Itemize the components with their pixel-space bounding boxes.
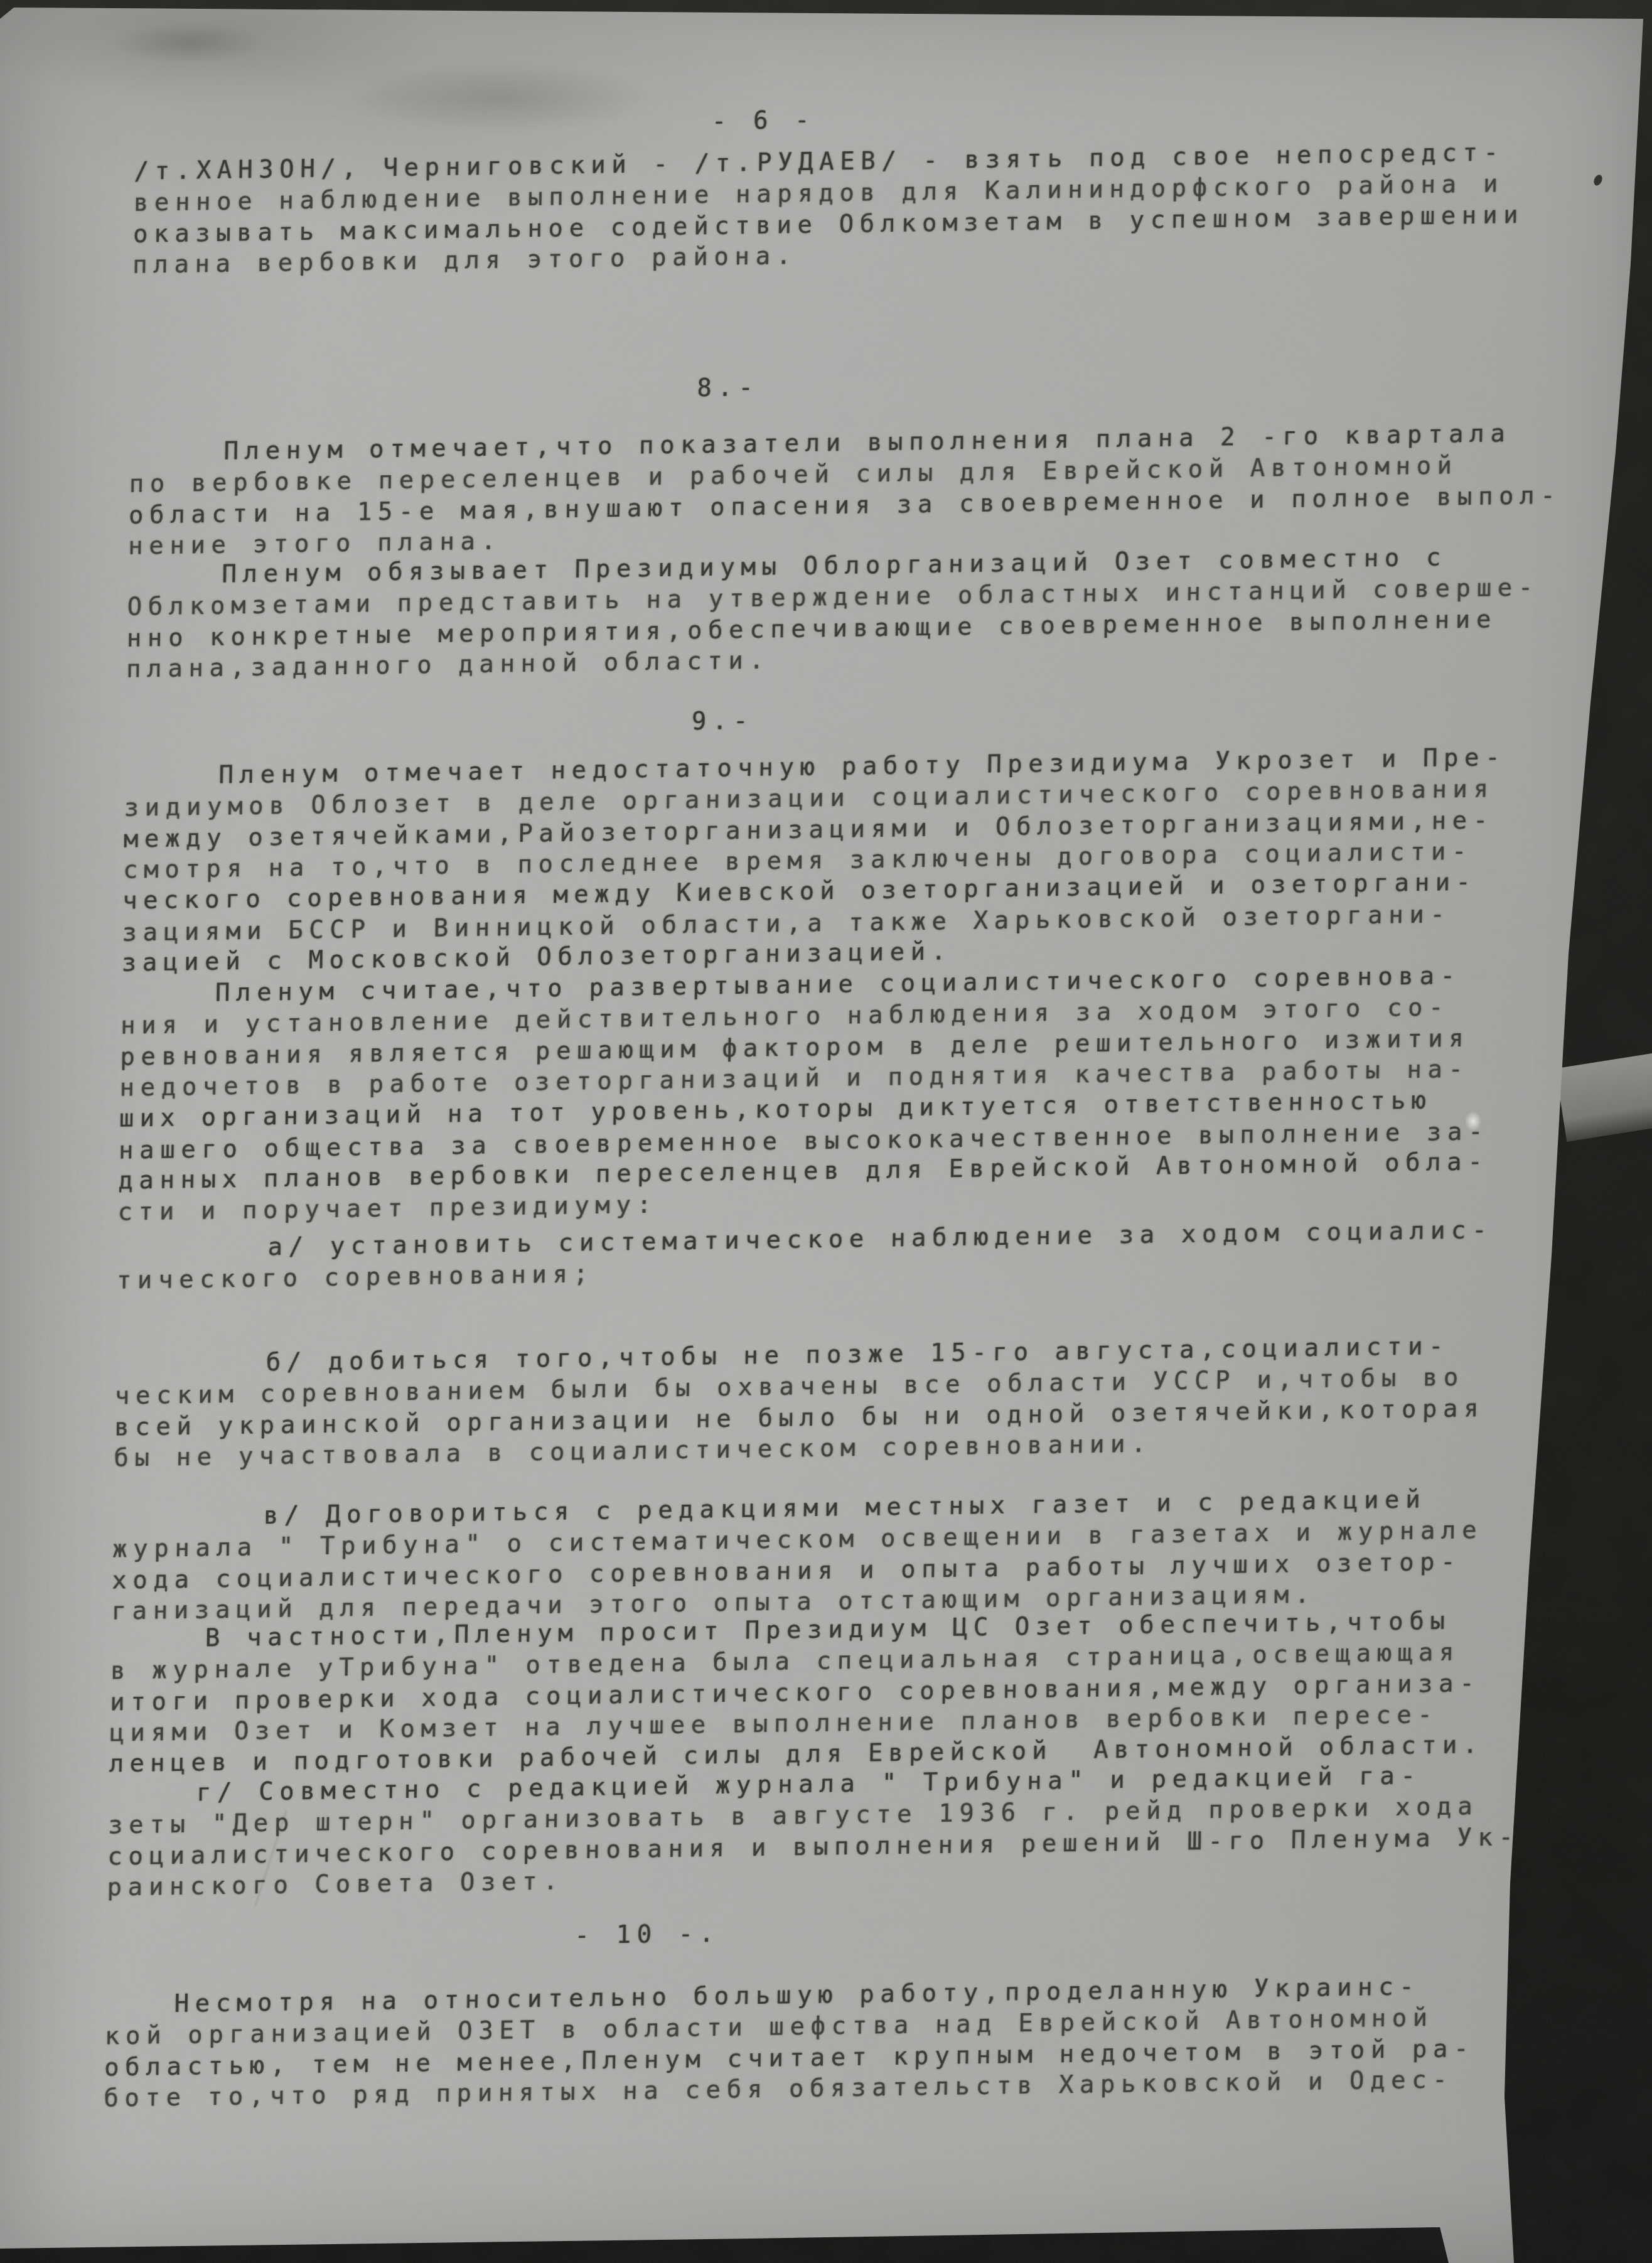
section-10-paragraph-1: Несмотря на относительно большую работу,… bbox=[104, 1970, 1476, 2114]
section-9-paragraph-3: В частности,Пленум просит Президиум ЦС О… bbox=[109, 1605, 1485, 1780]
section-9-heading: 9.- bbox=[0, 696, 1457, 747]
list-item-b: б/ добиться того,чтобы не позже 15-го ав… bbox=[114, 1330, 1486, 1474]
typewritten-text-layer: - 6 - /т.ХАНЗОН/, Черниговский - /т.РУДА… bbox=[0, 0, 1652, 2263]
background-sheet-edge bbox=[1555, 1049, 1652, 1142]
paragraph-appointees: /т.ХАНЗОН/, Черниговский - /т.РУДАЕВ/ - … bbox=[132, 137, 1525, 281]
scanner-background: - 6 - /т.ХАНЗОН/, Черниговский - /т.РУДА… bbox=[0, 0, 1652, 2263]
section-8-heading: 8.- bbox=[0, 363, 1462, 414]
list-item-v: в/ Договориться с редакциями местных газ… bbox=[111, 1483, 1483, 1627]
list-item-g: г/ Совместно с редакцией журнала " Трибу… bbox=[107, 1759, 1520, 1903]
section-8-paragraph-2: Пленум обязывает Президиумы Облорганизац… bbox=[126, 541, 1540, 685]
section-9-paragraph-2: Пленум считае,что развертывание социалис… bbox=[117, 960, 1491, 1228]
list-item-a: а/ установить систематическое наблюдение… bbox=[116, 1215, 1493, 1296]
section-10-heading: - 10 -. bbox=[0, 1910, 1326, 1960]
scanned-document-page: - 6 - /т.ХАНЗОН/, Черниговский - /т.РУДА… bbox=[0, 0, 1652, 2263]
page-number: - 6 - bbox=[0, 95, 1530, 148]
section-9-paragraph-1: Пленум отмечает недостаточную работу Пре… bbox=[121, 742, 1506, 979]
section-8-paragraph-1: Пленум отмечает,что показатели выполнени… bbox=[128, 417, 1562, 562]
